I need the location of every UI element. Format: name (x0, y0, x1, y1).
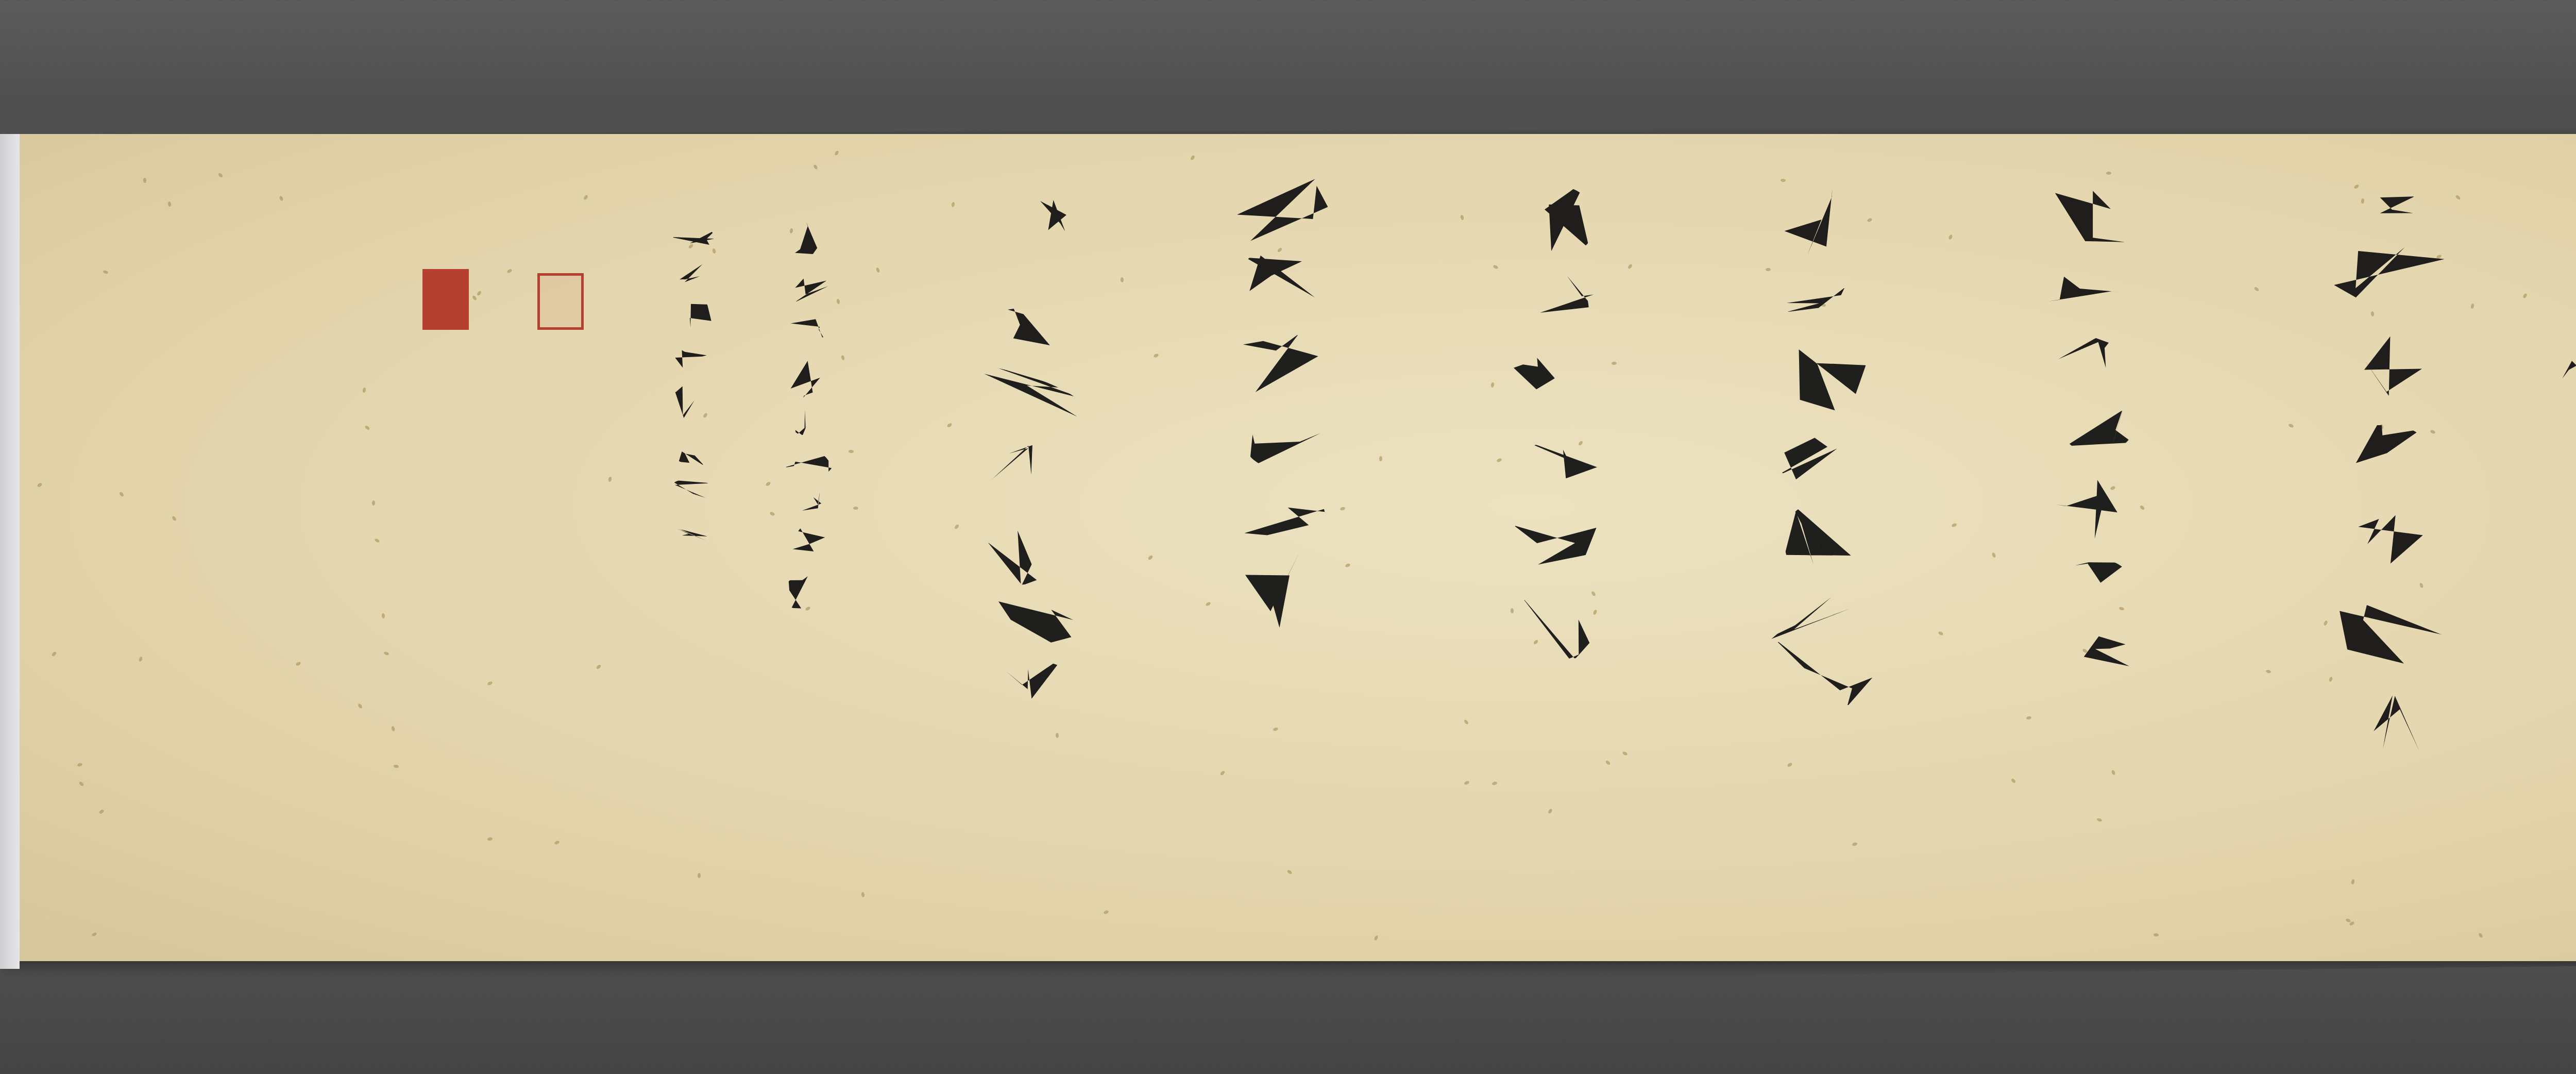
paper-fleck (1120, 277, 1123, 282)
brush-character (969, 176, 1088, 271)
brush-character (789, 311, 827, 347)
text-column (1762, 186, 1886, 698)
text-column (2329, 186, 2452, 759)
brush-character (1242, 411, 1333, 476)
brush-character (984, 656, 1073, 709)
brush-character (983, 271, 1074, 366)
brush-character (2347, 324, 2434, 409)
brush-character (1238, 245, 1337, 320)
brush-character (2049, 459, 2148, 550)
brush-character (2566, 252, 2576, 334)
text-column (2040, 186, 2157, 673)
artist-seal-1 (537, 273, 584, 330)
brush-character (2570, 474, 2576, 525)
brush-character (987, 428, 1070, 497)
brush-character (1753, 318, 1894, 433)
brush-character (2346, 489, 2434, 579)
brush-character (1516, 440, 1603, 490)
inscription-column (783, 222, 833, 607)
brush-character (1782, 501, 1866, 582)
text-column (2561, 186, 2576, 620)
paper-fleck (1056, 733, 1059, 738)
brush-character (2574, 183, 2576, 239)
brush-character (1518, 180, 1602, 261)
brush-character (2351, 424, 2429, 478)
brush-character (789, 488, 827, 517)
brush-character (2063, 401, 2133, 454)
brush-character (2044, 184, 2153, 248)
brush-character (2558, 341, 2576, 392)
brush-character (2327, 586, 2453, 672)
brush-character (668, 216, 718, 251)
brush-character (2058, 337, 2140, 383)
brush-character (1516, 589, 1604, 662)
brush-character (671, 342, 716, 373)
brush-character (780, 442, 836, 484)
brush-character (1784, 284, 1864, 319)
brush-character (676, 261, 710, 286)
brush-character (967, 360, 1090, 426)
scroll-edge-left (0, 134, 20, 969)
brush-character (1768, 173, 1879, 278)
brush-character (1772, 429, 1876, 491)
brush-character (670, 479, 717, 507)
brush-character (1225, 476, 1350, 547)
brush-character (2570, 401, 2576, 464)
brush-character (781, 215, 835, 263)
brush-character (669, 429, 717, 468)
brush-character (1503, 268, 1616, 325)
brush-character (2036, 255, 2161, 329)
brush-character (674, 518, 713, 549)
brush-character (671, 296, 715, 336)
brush-character (2329, 678, 2451, 769)
text-column (1226, 186, 1349, 636)
brush-character (669, 379, 717, 422)
inscription-column (670, 222, 717, 545)
brush-character (2321, 225, 2459, 326)
text-column (969, 186, 1088, 703)
brush-character (789, 406, 827, 438)
text-column (1504, 186, 1615, 660)
brush-character (967, 593, 1090, 651)
brush-character (981, 506, 1075, 593)
brush-character (1226, 540, 1349, 649)
brush-character (1505, 491, 1614, 583)
brush-character (1493, 323, 1626, 441)
artist-seal-2 (422, 269, 469, 330)
brush-character (2066, 559, 2131, 605)
brush-character (780, 263, 836, 306)
brush-character (782, 522, 834, 564)
brush-character (782, 353, 834, 402)
brush-character (1228, 333, 1347, 397)
brush-character (1761, 575, 1887, 653)
